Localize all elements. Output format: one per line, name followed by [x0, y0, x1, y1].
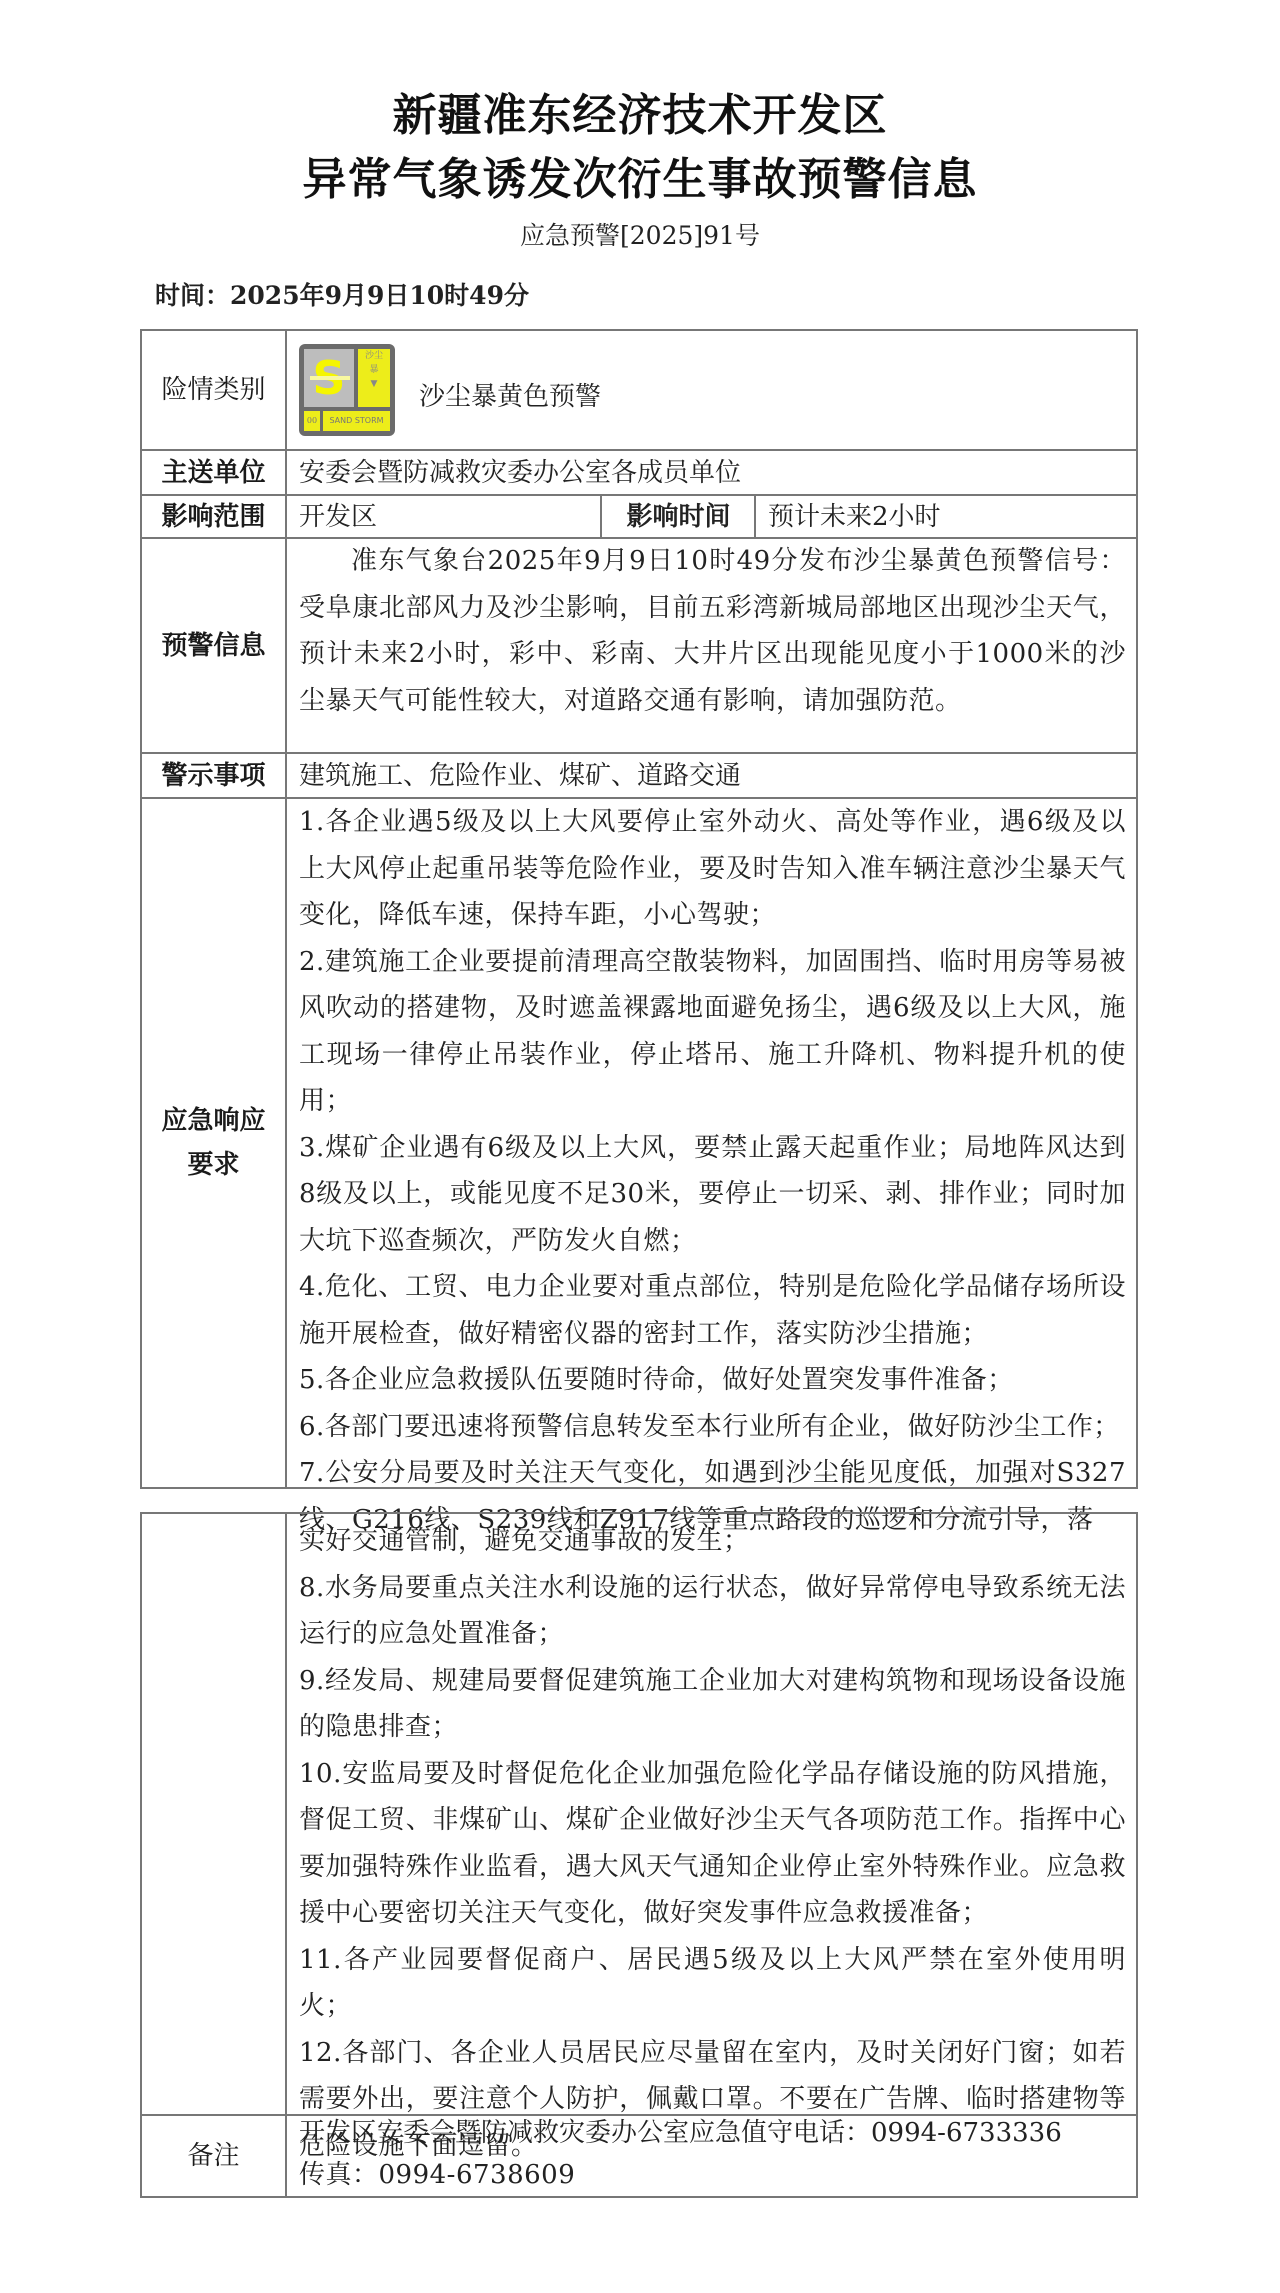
hazard-type-label: 险情类别 — [142, 331, 287, 449]
document-number: 应急预警[2025]91号 — [0, 216, 1280, 256]
alert-items-value: 建筑施工、危险作业、煤矿、道路交通 — [287, 754, 1136, 797]
warning-info-label: 预警信息 — [142, 539, 287, 752]
row-remarks: 备注 开发区安委会暨防减救灾委办公室应急值守电话：0994-6733336 传真… — [142, 2116, 1136, 2196]
badge-panel: S — [304, 349, 354, 407]
row-recipients: 主送单位 安委会暨防减救灾委办公室各成员单位 — [142, 451, 1136, 496]
warning-info-text: 准东气象台2025年9月9日10时49分发布沙尘暴黄色预警信号：受阜康北部风力及… — [299, 538, 1126, 724]
title-line-1: 新疆准东经济技术开发区 — [0, 86, 1280, 146]
response-label-line-2: 要求 — [187, 1143, 239, 1187]
hazard-type-value: 沙尘暴黄色预警 — [419, 375, 601, 419]
response-items: 1.各企业遇5级及以上大风要停止室外动火、高处等作业，遇6级及以上大风停止起重吊… — [299, 799, 1126, 1543]
warning-table-part-1: 险情类别 S 沙尘 暴 ▼ 00 SAND STORM 沙尘暴黄色预警 主送单位… — [140, 329, 1138, 1489]
impact-time-value: 预计未来2小时 — [756, 496, 1136, 537]
badge-side-text-2: 暴 — [358, 363, 390, 377]
response-continued-items: 实好交通管制，避免交通事故的发生； 8.水务局要重点关注水利设施的运行状态，做好… — [299, 1518, 1126, 2169]
response-item-9: 9.经发局、规建局要督促建筑施工企业加大对建构筑物和现场设备设施的隐患排查； — [299, 1658, 1126, 1751]
response-item-10: 10.安监局要及时督促危化企业加强危险化学品存储设施的防风措施，督促工贸、非煤矿… — [299, 1751, 1126, 1937]
response-item-8: 8.水务局要重点关注水利设施的运行状态，做好异常停电导致系统无法运行的应急处置准… — [299, 1565, 1126, 1658]
response-item-5: 5.各企业应急救援队伍要随时待命，做好处置突发事件准备； — [299, 1357, 1126, 1404]
impact-time-label: 影响时间 — [602, 496, 753, 537]
response-item-11: 11.各产业园要督促商户、居民遇5级及以上大风严禁在室外使用明火； — [299, 1937, 1126, 2030]
issue-time: 时间：2025年9月9日10时49分 — [155, 276, 529, 316]
response-label: 应急响应 要求 — [142, 799, 287, 1487]
response-item-7-continued: 实好交通管制，避免交通事故的发生； — [299, 1518, 1126, 1565]
alert-items-label: 警示事项 — [142, 754, 287, 797]
issue-time-value: 2025年9月9日10时49分 — [230, 281, 529, 310]
remarks-label: 备注 — [142, 2116, 287, 2196]
scope-label: 影响范围 — [142, 496, 287, 537]
recipients-value: 安委会暨防减救灾委办公室各成员单位 — [287, 451, 1136, 494]
badge-side-text-1: 沙尘 — [358, 349, 390, 363]
badge-arrow-icon — [310, 376, 350, 380]
row-response: 应急响应 要求 1.各企业遇5级及以上大风要停止室外动火、高处等作业，遇6级及以… — [142, 799, 1136, 1487]
response-continued-label — [142, 1514, 287, 2114]
remarks-phone: 开发区安委会暨防减救灾委办公室应急值守电话：0994-6733336 — [299, 2112, 1126, 2154]
title-line-2: 异常气象诱发次衍生事故预警信息 — [0, 150, 1280, 210]
response-item-2: 2.建筑施工企业要提前清理高空散装物料，加固围挡、临时用房等易被风吹动的搭建物，… — [299, 939, 1126, 1125]
badge-code: 00 — [304, 411, 320, 431]
badge-side-panel: 沙尘 暴 ▼ — [358, 349, 390, 407]
warning-table-part-2: 实好交通管制，避免交通事故的发生； 8.水务局要重点关注水利设施的运行状态，做好… — [140, 1512, 1138, 2198]
warning-info-text-cell: 准东气象台2025年9月9日10时49分发布沙尘暴黄色预警信号：受阜康北部风力及… — [299, 538, 1126, 724]
issue-time-label: 时间： — [155, 281, 230, 310]
response-item-3: 3.煤矿企业遇有6级及以上大风，要禁止露天起重作业；局地阵风达到8级及以上，或能… — [299, 1125, 1126, 1265]
row-hazard-type: 险情类别 S 沙尘 暴 ▼ 00 SAND STORM 沙尘暴黄色预警 — [142, 331, 1136, 451]
row-warning-info: 预警信息 准东气象台2025年9月9日10时49分发布沙尘暴黄色预警信号：受阜康… — [142, 539, 1136, 754]
response-item-4: 4.危化、工贸、电力企业要对重点部位，特别是危险化学品储存场所设施开展检查，做好… — [299, 1264, 1126, 1357]
badge-triangle-icon: ▼ — [358, 377, 390, 391]
badge-caption: SAND STORM — [323, 411, 390, 431]
sandstorm-yellow-warning-icon: S 沙尘 暴 ▼ 00 SAND STORM — [299, 344, 395, 436]
hazard-type-value-cell: S 沙尘 暴 ▼ 00 SAND STORM 沙尘暴黄色预警 — [287, 331, 1136, 449]
response-label-line-1: 应急响应 — [161, 1099, 265, 1143]
remarks-text: 开发区安委会暨防减救灾委办公室应急值守电话：0994-6733336 传真：09… — [299, 2112, 1126, 2196]
response-item-6: 6.各部门要迅速将预警信息转发至本行业所有企业，做好防沙尘工作； — [299, 1404, 1126, 1451]
row-response-continued: 实好交通管制，避免交通事故的发生； 8.水务局要重点关注水利设施的运行状态，做好… — [142, 1514, 1136, 2116]
row-alert-items: 警示事项 建筑施工、危险作业、煤矿、道路交通 — [142, 754, 1136, 799]
row-scope: 影响范围 开发区 影响时间 预计未来2小时 — [142, 496, 1136, 539]
response-item-1: 1.各企业遇5级及以上大风要停止室外动火、高处等作业，遇6级及以上大风停止起重吊… — [299, 799, 1126, 939]
recipients-label: 主送单位 — [142, 451, 287, 494]
remarks-fax: 传真：0994-6738609 — [299, 2154, 1126, 2196]
scope-value: 开发区 — [287, 496, 598, 537]
